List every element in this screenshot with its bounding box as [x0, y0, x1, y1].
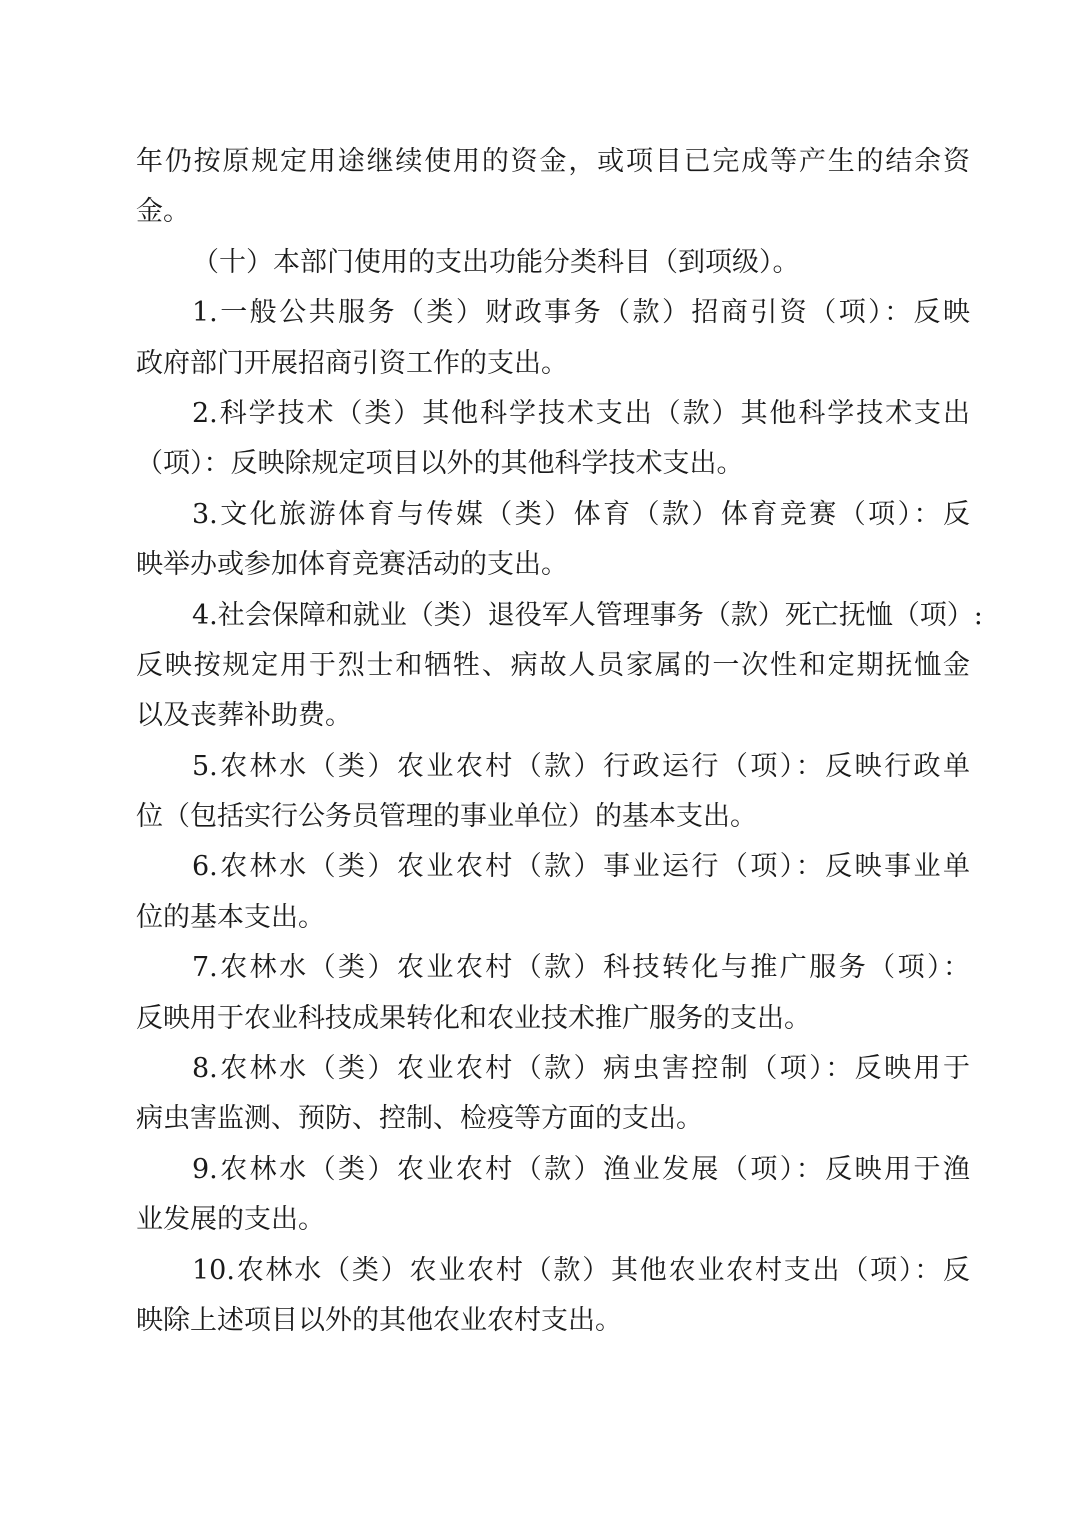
text-line: 6.农林水（类）农业农村（款）事业运行（项）：反映事业单 — [136, 842, 970, 892]
text-line: 年仍按原规定用途继续使用的资金，或项目已完成等产生的结余资 — [136, 137, 970, 187]
text-line: 业发展的支出。 — [136, 1195, 970, 1245]
list-item-7: 7.农林水（类）农业农村（款）科技转化与推广服务（项）： 反映用于农业科技成果转… — [136, 943, 970, 1044]
text-line: 3.文化旅游体育与传媒（类）体育（款）体育竞赛（项）：反 — [136, 490, 970, 540]
list-item-5: 5.农林水（类）农业农村（款）行政运行（项）：反映行政单 位（包括实行公务员管理… — [136, 742, 970, 843]
text-line: 2.科学技术（类）其他科学技术支出（款）其他科学技术支出 — [136, 389, 970, 439]
list-item-9: 9.农林水（类）农业农村（款）渔业发展（项）：反映用于渔 业发展的支出。 — [136, 1145, 970, 1246]
list-item-8: 8.农林水（类）农业农村（款）病虫害控制（项）：反映用于 病虫害监测、预防、控制… — [136, 1044, 970, 1145]
text-line: 位（包括实行公务员管理的事业单位）的基本支出。 — [136, 792, 970, 842]
text-line: 反映用于农业科技成果转化和农业技术推广服务的支出。 — [136, 994, 970, 1044]
text-line: 10.农林水（类）农业农村（款）其他农业农村支出（项）：反 — [136, 1246, 970, 1296]
text-line: 5.农林水（类）农业农村（款）行政运行（项）：反映行政单 — [136, 742, 970, 792]
text-line: 9.农林水（类）农业农村（款）渔业发展（项）：反映用于渔 — [136, 1145, 970, 1195]
text-line: 7.农林水（类）农业农村（款）科技转化与推广服务（项）： — [136, 943, 970, 993]
text-line: 政府部门开展招商引资工作的支出。 — [136, 339, 970, 389]
text-line: 位的基本支出。 — [136, 893, 970, 943]
section-heading-10: （十）本部门使用的支出功能分类科目（到项级）。 — [136, 238, 970, 288]
document-page: 年仍按原规定用途继续使用的资金，或项目已完成等产生的结余资 金。 （十）本部门使… — [136, 137, 970, 1346]
text-line: （十）本部门使用的支出功能分类科目（到项级）。 — [136, 238, 970, 288]
paragraph-carryover-tail: 年仍按原规定用途继续使用的资金，或项目已完成等产生的结余资 金。 — [136, 137, 970, 238]
text-line: 反映按规定用于烈士和牺牲、病故人员家属的一次性和定期抚恤金 — [136, 641, 970, 691]
list-item-3: 3.文化旅游体育与传媒（类）体育（款）体育竞赛（项）：反 映举办或参加体育竞赛活… — [136, 490, 970, 591]
text-line: 病虫害监测、预防、控制、检疫等方面的支出。 — [136, 1094, 970, 1144]
text-line: 映举办或参加体育竞赛活动的支出。 — [136, 540, 970, 590]
text-line: 金。 — [136, 187, 970, 237]
text-line: 8.农林水（类）农业农村（款）病虫害控制（项）：反映用于 — [136, 1044, 970, 1094]
list-item-10: 10.农林水（类）农业农村（款）其他农业农村支出（项）：反 映除上述项目以外的其… — [136, 1246, 970, 1347]
list-item-2: 2.科学技术（类）其他科学技术支出（款）其他科学技术支出 （项）：反映除规定项目… — [136, 389, 970, 490]
list-item-6: 6.农林水（类）农业农村（款）事业运行（项）：反映事业单 位的基本支出。 — [136, 842, 970, 943]
text-line: 4.社会保障和就业（类）退役军人管理事务（款）死亡抚恤（项）: — [136, 591, 970, 641]
text-line: （项）：反映除规定项目以外的其他科学技术支出。 — [136, 439, 970, 489]
text-line: 映除上述项目以外的其他农业农村支出。 — [136, 1296, 970, 1346]
list-item-1: 1.一般公共服务（类）财政事务（款）招商引资（项）：反映 政府部门开展招商引资工… — [136, 288, 970, 389]
text-line: 以及丧葬补助费。 — [136, 691, 970, 741]
text-line: 1.一般公共服务（类）财政事务（款）招商引资（项）：反映 — [136, 288, 970, 338]
list-item-4: 4.社会保障和就业（类）退役军人管理事务（款）死亡抚恤（项）: 反映按规定用于烈… — [136, 591, 970, 742]
